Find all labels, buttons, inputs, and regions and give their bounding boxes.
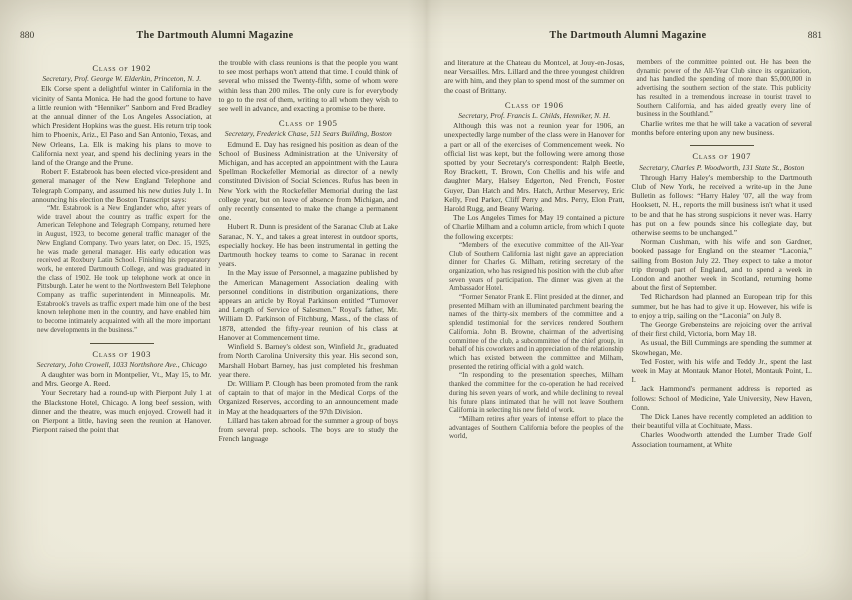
page-header-right: The Dartmouth Alumni Magazine 881	[444, 30, 812, 43]
page-880-column-2: the trouble with class reunions is that …	[219, 58, 399, 443]
page-number-right: 881	[808, 31, 822, 41]
class-heading: Class of 1905	[219, 119, 399, 128]
paragraph: Robert F. Estabrook has been elected vic…	[32, 167, 212, 204]
paragraph: Edmund E. Day has resigned his position …	[219, 140, 399, 223]
class-heading: Class of 1902	[32, 64, 212, 73]
paragraph: Lillard has taken abroad for the summer …	[219, 416, 399, 444]
paragraph: Your Secretary had a round-up with Pierp…	[32, 388, 212, 434]
paragraph: Ted Richardson had planned an European t…	[632, 292, 813, 320]
paragraph: Norman Cushman, with his wife and son Ga…	[632, 237, 813, 292]
page-number-left: 880	[20, 31, 34, 41]
quoted-extract: “Members of the executive committee of t…	[444, 241, 625, 293]
paragraph: Dr. William P. Clough has been promoted …	[219, 379, 399, 416]
paragraph: In the May issue of Personnel, a magazin…	[219, 268, 399, 342]
magazine-spread: 880 The Dartmouth Alumni Magazine Class …	[0, 0, 852, 600]
page-881-columns: and literature at the Chateau du Montcel…	[444, 58, 812, 449]
class-heading: Class of 1907	[632, 152, 813, 161]
secretary-line: Secretary, Frederick Chase, 511 Sears Bu…	[219, 129, 399, 138]
page-880: 880 The Dartmouth Alumni Magazine Class …	[0, 0, 426, 600]
section-divider	[90, 343, 154, 344]
page-881-column-1: and literature at the Chateau du Montcel…	[444, 58, 625, 449]
paragraph-continued: the trouble with class reunions is that …	[219, 58, 399, 113]
paragraph-continued: and literature at the Chateau du Montcel…	[444, 58, 625, 95]
page-881: The Dartmouth Alumni Magazine 881 and li…	[426, 0, 852, 600]
paragraph: Although this was not a reunion year for…	[444, 121, 625, 213]
quoted-extract: “In responding to the presentation speec…	[444, 371, 625, 415]
secretary-line: Secretary, Charles P. Woodworth, 131 Sta…	[632, 163, 813, 172]
paragraph: The Los Angeles Times for May 19 contain…	[444, 213, 625, 241]
page-880-columns: Class of 1902Secretary, Prof. George W. …	[32, 58, 398, 443]
running-title-left: The Dartmouth Alumni Magazine	[32, 30, 398, 41]
page-header-left: 880 The Dartmouth Alumni Magazine	[32, 30, 398, 43]
page-880-column-1: Class of 1902Secretary, Prof. George W. …	[32, 58, 212, 443]
secretary-line: Secretary, Prof. George W. Elderkin, Pri…	[32, 74, 212, 83]
paragraph: Jack Hammond's permanent address is repo…	[632, 384, 813, 412]
paragraph: Ted Foster, with his wife and Teddy Jr.,…	[632, 357, 813, 385]
paragraph: As usual, the Bill Cummings are spending…	[632, 338, 813, 356]
secretary-line: Secretary, Prof. Francis L. Childs, Henn…	[444, 111, 625, 120]
quoted-extract: “Milham retires after years of intense e…	[444, 415, 625, 441]
paragraph: The Dick Lanes have recently completed a…	[632, 412, 813, 430]
section-divider	[690, 145, 754, 146]
paragraph: The George Grebensteins are rejoicing ov…	[632, 320, 813, 338]
paragraph: Charlie writes me that he will take a va…	[632, 119, 813, 137]
paragraph: Hubert R. Dunn is president of the Saran…	[219, 222, 399, 268]
running-title-right: The Dartmouth Alumni Magazine	[444, 30, 812, 41]
paragraph: Winfield S. Barney's oldest son, Winfiel…	[219, 342, 399, 379]
paragraph: Elk Corse spent a delightful winter in C…	[32, 84, 212, 167]
secretary-line: Secretary, John Crowell, 1033 Northshore…	[32, 360, 212, 369]
class-heading: Class of 1906	[444, 101, 625, 110]
quoted-extract: “Former Senator Frank E. Flint presided …	[444, 293, 625, 371]
paragraph: Charles Woodworth attended the Lumber Tr…	[632, 430, 813, 448]
class-heading: Class of 1903	[32, 350, 212, 359]
page-881-column-2: members of the committee pointed out. He…	[632, 58, 813, 449]
paragraph: A daughter was born in Montpelier, Vt., …	[32, 370, 212, 388]
paragraph: Through Harry Haley's membership to the …	[632, 173, 813, 237]
quoted-extract-continued: members of the committee pointed out. He…	[632, 58, 813, 119]
quoted-extract: “Mr. Estabrook is a New Englander who, a…	[32, 204, 212, 335]
